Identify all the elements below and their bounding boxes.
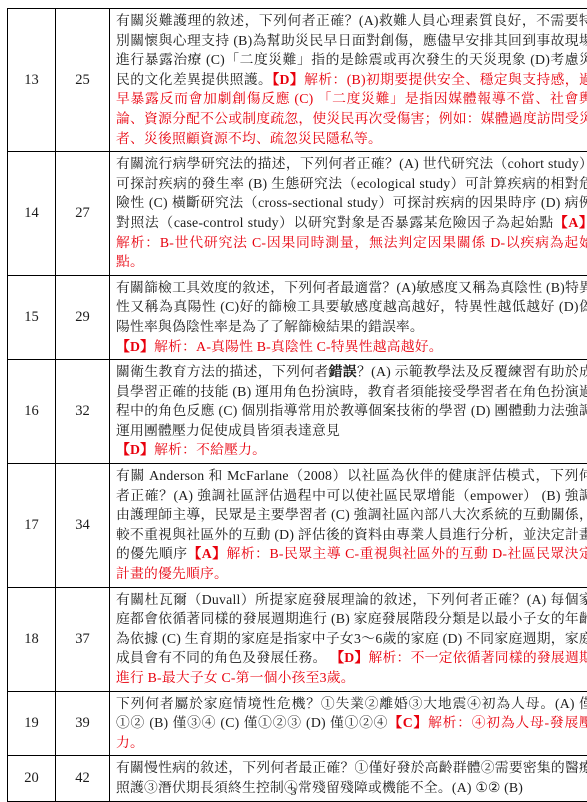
question-number-cell: 29 <box>56 275 110 359</box>
question-content-cell: 關衛生教育方法的描述，下列何者錯誤？(A) 示範教學法及反覆練習有助於成員學習正… <box>110 360 587 464</box>
exam-answer-sheet-page: 13 25 有關災難護理的敘述，下列何者正確？(A)救難人員心理素質良好，不需要… <box>0 0 587 802</box>
question-number-cell: 37 <box>56 587 110 691</box>
table-row: 14 27 有關流行病學研究法的描述，下列何者正確？(A) 世代研究法（coho… <box>8 152 587 276</box>
question-seq-cell: 19 <box>8 691 56 756</box>
question-number-cell: 34 <box>56 464 110 588</box>
answer-explanation-segment: 【D】 <box>330 650 368 665</box>
question-content-cell: 有關流行病學研究法的描述，下列何者正確？(A) 世代研究法（cohort stu… <box>110 152 587 276</box>
question-seq-cell: 18 <box>8 587 56 691</box>
question-number-cell: 25 <box>56 9 110 152</box>
question-seq-cell: 17 <box>8 464 56 588</box>
question-seq-cell: 16 <box>8 360 56 464</box>
question-text-segment: 錯誤 <box>329 364 357 379</box>
question-content-cell: 有關 Anderson 和 McFarlane（2008）以社區為伙伴的健康評估… <box>110 464 587 588</box>
table-row: 13 25 有關災難護理的敘述，下列何者正確？(A)救難人員心理素質良好，不需要… <box>8 9 587 152</box>
question-number-cell: 32 <box>56 360 110 464</box>
question-text-segment: 有關流行病學研究法的描述，下列何者正確？(A) 世代研究法（cohort stu… <box>116 156 587 230</box>
table-row: 17 34 有關 Anderson 和 McFarlane（2008）以社區為伙… <box>8 464 587 588</box>
question-seq-cell: 15 <box>8 275 56 359</box>
table-row: 19 39 下列何者屬於家庭情境性危機？①失業②離婚③大地震④初為人母。(A) … <box>8 691 587 756</box>
question-content-cell: 有關篩檢工具效度的敘述，下列何者最適當？(A)敏感度又稱為真陰性 (B)特異性又… <box>110 275 587 359</box>
answer-explanation-segment: 【D】 <box>116 339 154 354</box>
question-number-cell: 27 <box>56 152 110 276</box>
answer-explanation-segment: 解析：不給壓力。 <box>154 442 266 457</box>
table-row: 16 32 關衛生教育方法的描述，下列何者錯誤？(A) 示範教學法及反覆練習有助… <box>8 360 587 464</box>
question-number-cell: 39 <box>56 691 110 756</box>
question-text-segment: 關衛生教育方法的描述，下列何者 <box>116 364 329 379</box>
question-table-body: 13 25 有關災難護理的敘述，下列何者正確？(A)救難人員心理素質良好，不需要… <box>8 9 587 802</box>
table-row: 18 37 有關杜瓦爾（Duvall）所提家庭發展理論的敘述，下列何者正確？(A… <box>8 587 587 691</box>
question-table: 13 25 有關災難護理的敘述，下列何者正確？(A)救難人員心理素質良好，不需要… <box>7 8 587 802</box>
answer-explanation-segment: 【D】 <box>272 72 304 87</box>
question-seq-cell: 14 <box>8 152 56 276</box>
answer-explanation-segment: 解析：B-世代研究法 C-因果同時測量，無法判定因果關係 D-以疾病為起始點。 <box>116 235 587 270</box>
question-seq-cell: 13 <box>8 9 56 152</box>
question-content-cell: 有關災難護理的敘述，下列何者正確？(A)救難人員心理素質良好，不需要特別關懷與心… <box>110 9 587 152</box>
answer-explanation-segment: 解析：A-真陽性 B-真陰性 C-特異性越高越好。 <box>154 339 443 354</box>
answer-explanation-segment: 【C】 <box>388 715 428 730</box>
answer-explanation-segment: 【A】 <box>554 215 587 230</box>
question-content-cell: 下列何者屬於家庭情境性危機？①失業②離婚③大地震④初為人母。(A) 僅①② (B… <box>110 691 587 756</box>
question-text-segment: 有關篩檢工具效度的敘述，下列何者最適當？(A)敏感度又稱為真陰性 (B)特異性又… <box>116 280 587 334</box>
answer-explanation-segment: 【D】 <box>116 442 154 457</box>
table-row: 15 29 有關篩檢工具效度的敘述，下列何者最適當？(A)敏感度又稱為真陰性 (… <box>8 275 587 359</box>
page-number: 3 <box>0 784 587 799</box>
question-content-cell: 有關杜瓦爾（Duvall）所提家庭發展理論的敘述，下列何者正確？(A) 每個家庭… <box>110 587 587 691</box>
answer-explanation-segment: 【A】 <box>188 546 227 561</box>
